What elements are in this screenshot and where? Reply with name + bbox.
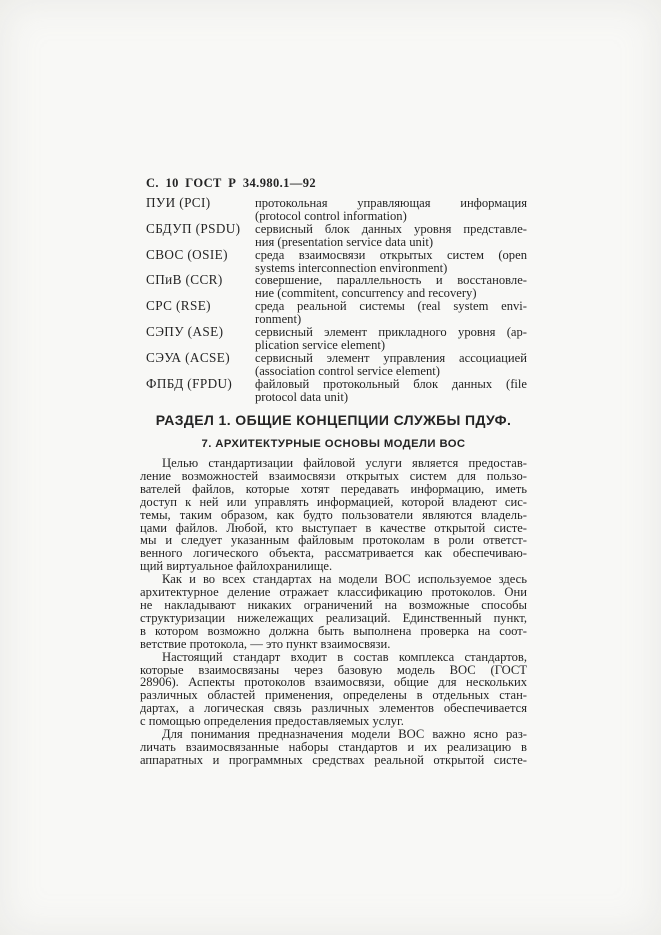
abbreviation-term: ПУИ (PCI) bbox=[146, 197, 255, 210]
paragraph: Для понимания предназначения модели ВОС … bbox=[140, 728, 527, 767]
abbreviation-term: СЭУА (ACSE) bbox=[146, 352, 255, 365]
abbreviation-term: СВОС (OSIE) bbox=[146, 249, 255, 262]
paragraph: Как и во всех стандартах на модели ВОС и… bbox=[140, 573, 527, 650]
abbreviation-term: СБДУП (PSDU) bbox=[146, 223, 255, 236]
abbreviation-definition: сервисный элемент прикладного уровня (ap… bbox=[255, 326, 527, 352]
abbreviation-term: СЭПУ (ASE) bbox=[146, 326, 255, 339]
abbreviation-row: СЭПУ (ASE) сервисный элемент прикладного… bbox=[146, 326, 527, 352]
abbreviation-definition: файловый протокольный блок данных (filep… bbox=[255, 378, 527, 404]
section-title: РАЗДЕЛ 1. ОБЩИЕ КОНЦЕПЦИИ СЛУЖБЫ ПДУФ. bbox=[140, 412, 527, 428]
abbreviation-row: СБДУП (PSDU) сервисный блок данных уровн… bbox=[146, 223, 527, 249]
abbreviation-row: СЭУА (ACSE) сервисный элемент управления… bbox=[146, 352, 527, 378]
abbreviation-term: СРС (RSE) bbox=[146, 300, 255, 313]
abbreviation-row: СВОС (OSIE) среда взаимосвязи открытых с… bbox=[146, 249, 527, 275]
abbreviation-row: ПУИ (PCI) протокольная управляющая инфор… bbox=[146, 197, 527, 223]
abbreviation-term: ФПБД (FPDU) bbox=[146, 378, 255, 391]
abbreviation-definition: протокольная управляющая информация(prot… bbox=[255, 197, 527, 223]
paragraph: Настоящий стандарт входит в состав компл… bbox=[140, 651, 527, 728]
abbreviation-term: СПиВ (CCR) bbox=[146, 274, 255, 287]
abbreviation-row: СПиВ (CCR) совершение, параллельность и … bbox=[146, 274, 527, 300]
abbreviation-definition: среда взаимосвязи открытых систем (opens… bbox=[255, 249, 527, 275]
body-text: Целью стандартизации файловой услуги явл… bbox=[140, 457, 527, 767]
abbreviation-row: СРС (RSE) среда реальной системы (real s… bbox=[146, 300, 527, 326]
abbreviation-list: ПУИ (PCI) протокольная управляющая инфор… bbox=[146, 197, 527, 404]
subsection-title: 7. АРХИТЕКТУРНЫЕ ОСНОВЫ МОДЕЛИ ВОС bbox=[140, 438, 527, 450]
document-page: С. 10 ГОСТ Р 34.980.1—92 ПУИ (PCI) прото… bbox=[0, 0, 661, 935]
abbreviation-definition: сервисный элемент управления ассоциацией… bbox=[255, 352, 527, 378]
abbreviation-definition: совершение, параллельность и восстановле… bbox=[255, 274, 527, 300]
paragraph: Целью стандартизации файловой услуги явл… bbox=[140, 457, 527, 573]
abbreviation-definition: сервисный блок данных уровня представле-… bbox=[255, 223, 527, 249]
abbreviation-definition: среда реальной системы (real system envi… bbox=[255, 300, 527, 326]
abbreviation-row: ФПБД (FPDU) файловый протокольный блок д… bbox=[146, 378, 527, 404]
page-header: С. 10 ГОСТ Р 34.980.1—92 bbox=[146, 176, 316, 191]
